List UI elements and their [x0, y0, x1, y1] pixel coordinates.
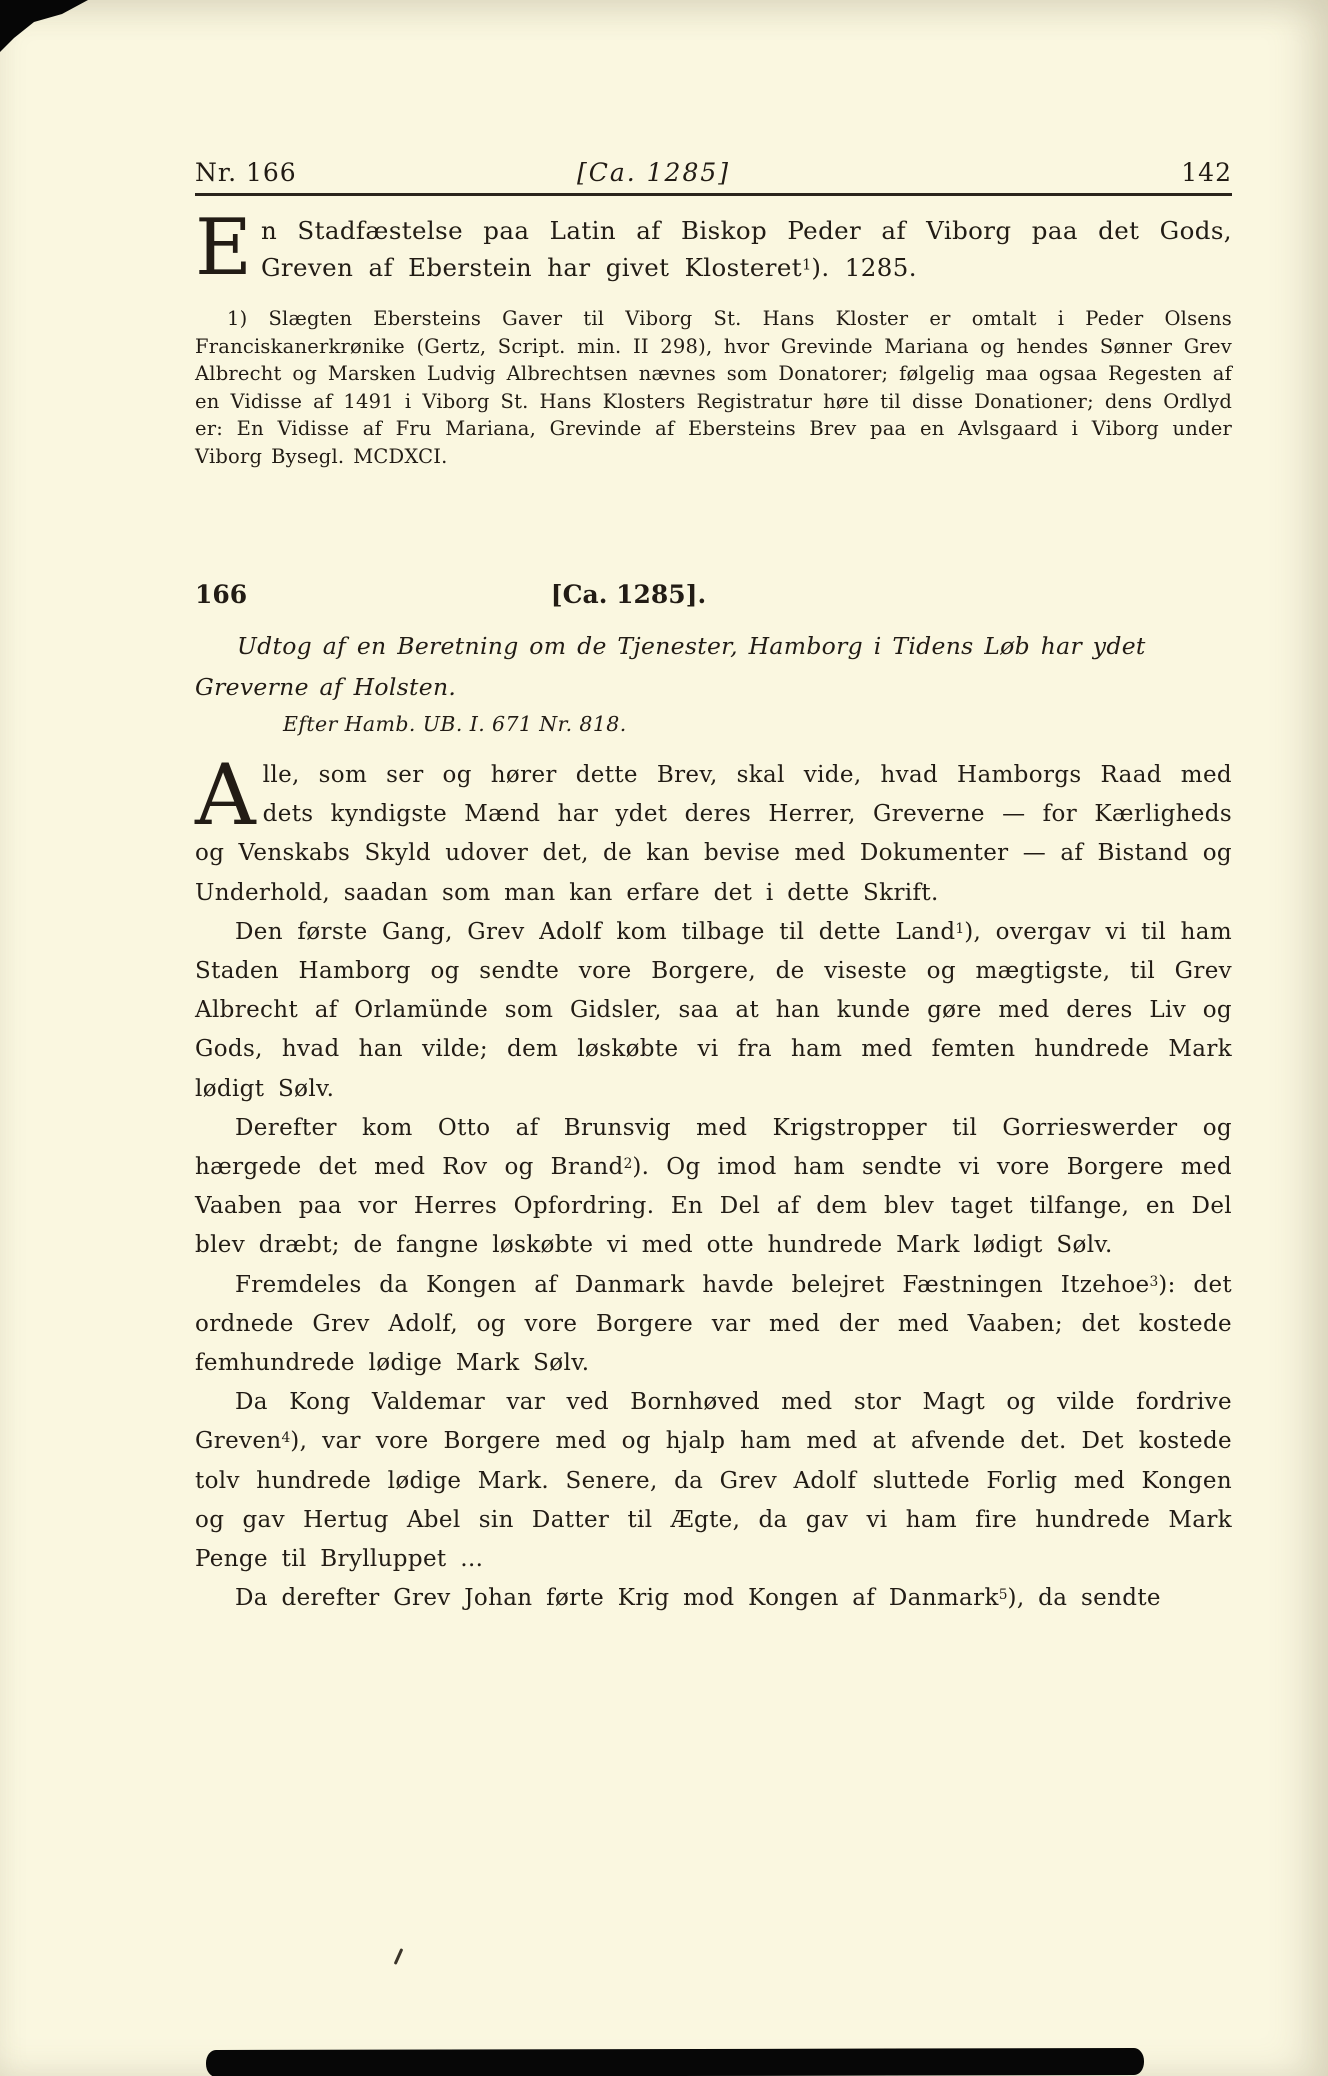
body-paragraph: Da derefter Grev Johan førte Krig mod Ko…: [195, 1579, 1232, 1618]
footnote-1: 1) Slægten Ebersteins Gaver til Viborg S…: [195, 305, 1232, 471]
entry-date: [Ca. 1285].: [195, 580, 1062, 609]
running-date: [Ca. 1285]: [195, 158, 1112, 187]
scan-artifact-slash-mark-icon: [394, 1948, 404, 1965]
body-paragraph-text: lle, som ser og hører dette Brev, skal v…: [195, 762, 1232, 906]
scan-artifact-bottom-bar-icon: [206, 2048, 1144, 2076]
entry-source-reference: Efter Hamb. UB. I. 671 Nr. 818.: [283, 712, 627, 736]
body-paragraph: Alle, som ser og hører dette Brev, skal …: [195, 756, 1232, 913]
dropcap-E: E: [195, 212, 261, 279]
body-paragraph: Den første Gang, Grev Adolf kom tilbage …: [195, 913, 1232, 1109]
entry-heading: 166 [Ca. 1285].: [195, 580, 1232, 614]
header-rule: [195, 193, 1232, 196]
page-header: Nr. 166 [Ca. 1285] 142: [195, 158, 1232, 192]
body-paragraph: Derefter kom Otto af Brunsvig med Krigst…: [195, 1109, 1232, 1266]
previous-entry-text: n Stadfæstelse paa Latin af Biskop Peder…: [261, 216, 1232, 282]
body-paragraph: Da Kong Valdemar var ved Bornhøved med s…: [195, 1383, 1232, 1579]
entry-subtitle: Udtog af en Beretning om de Tjenester, H…: [195, 626, 1232, 708]
entry-body: Alle, som ser og hører dette Brev, skal …: [195, 756, 1232, 1618]
dropcap-A: A: [195, 756, 263, 828]
previous-entry-summary: En Stadfæstelse paa Latin af Biskop Pede…: [195, 212, 1232, 286]
scan-artifact-top-left-icon: [0, 0, 92, 52]
page-number: 142: [1181, 158, 1232, 187]
body-paragraph: Fremdeles da Kongen af Danmark havde bel…: [195, 1266, 1232, 1384]
scanned-book-page: Nr. 166 [Ca. 1285] 142 En Stadfæstelse p…: [0, 0, 1328, 2076]
